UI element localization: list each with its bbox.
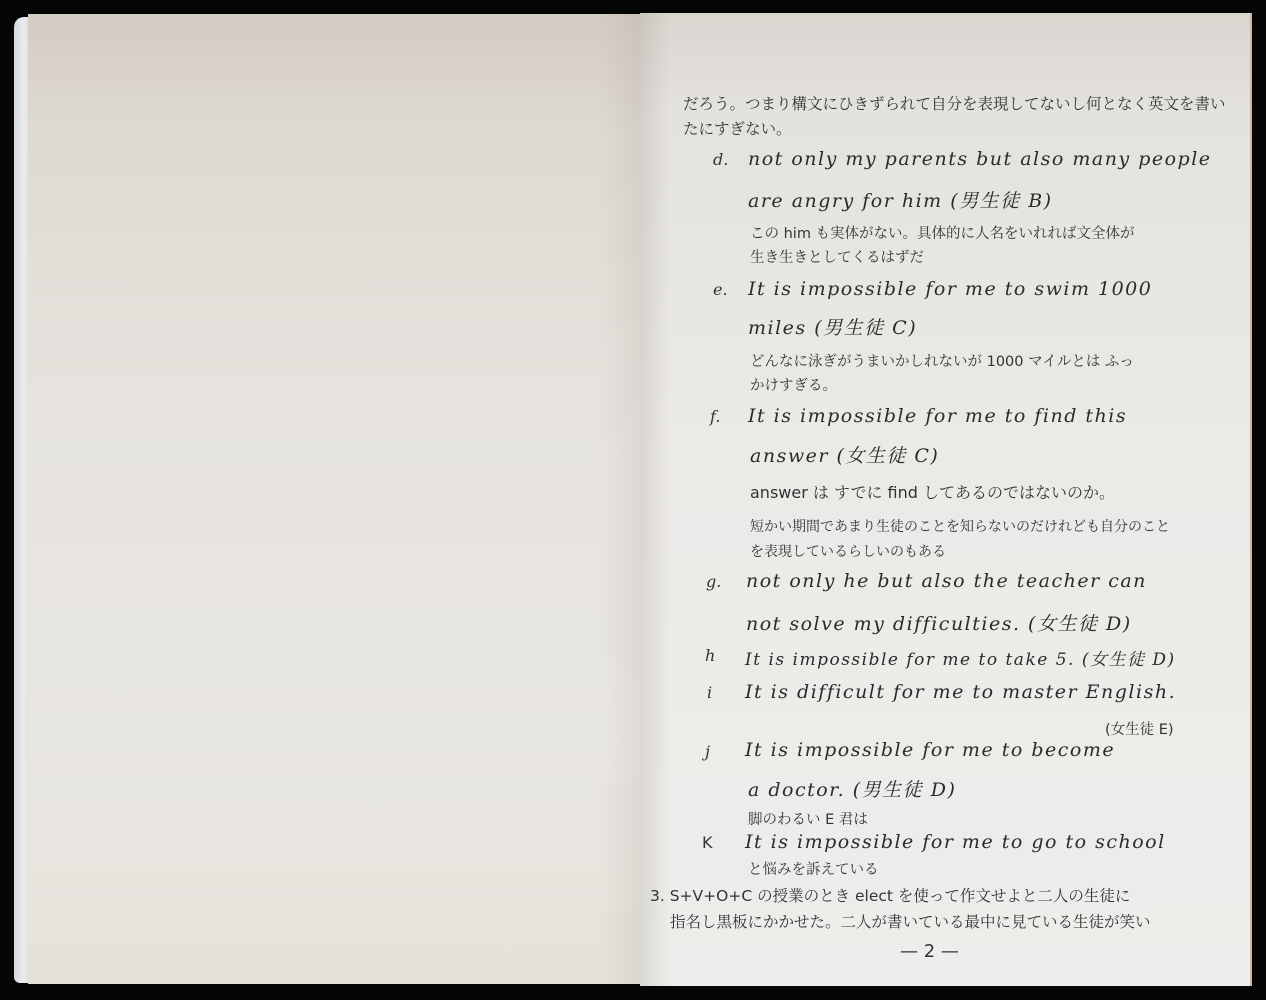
item-label-j: j bbox=[705, 742, 710, 761]
left-page-blank bbox=[28, 14, 641, 984]
item-e-note-1: どんなに泳ぎがうまいかしれないが 1000 マイルとは ふっ bbox=[750, 350, 1134, 371]
item-f-note-2: 短かい期間であまり生徒のことを知らないのだけれども自分のこと bbox=[750, 516, 1170, 536]
item-d-note-1: この him も実体がない。具体的に人名をいれれば文全体が bbox=[750, 222, 1135, 243]
item-i-line-1: It is difficult for me to master English… bbox=[745, 681, 1176, 703]
item-label-f: f. bbox=[710, 407, 720, 426]
item-e-note-2: かけすぎる。 bbox=[750, 374, 837, 395]
item-label-g: g. bbox=[706, 572, 721, 591]
show-through-text bbox=[138, 254, 638, 294]
item-label-i: i bbox=[707, 683, 712, 702]
intro-line-1: だろう。つまり構文にひきずられて自分を表現してないし何となく英文を書い bbox=[683, 92, 1226, 114]
item-f-note-1-text: answer は すでに find してあるのではないのか。 bbox=[750, 483, 1115, 502]
item-g-line-2: not solve my difficulties. (女生徒 D) bbox=[746, 609, 1132, 636]
item-f-line-2: answer (女生徒 C) bbox=[750, 441, 939, 468]
item-e-line-2: miles (男生徒 C) bbox=[748, 313, 917, 340]
item-f-note-1: answer は すでに find してあるのではないのか。 bbox=[750, 480, 1115, 503]
section-3-line-1: 3. S+V+O+C の授業のとき elect を使って作文せよと二人の生徒に bbox=[650, 884, 1130, 906]
item-j-line-2: a doctor. (男生徒 D) bbox=[748, 775, 956, 802]
intro-line-2: たにすぎない。 bbox=[683, 117, 792, 139]
item-d-note-2: 生き生きとしてくるはずだ bbox=[750, 246, 924, 267]
item-h-line-1: It is impossible for me to take 5. (女生徒 … bbox=[745, 645, 1176, 670]
item-label-h: h bbox=[705, 646, 715, 665]
item-label-k: K bbox=[702, 833, 713, 852]
item-g-line-1: not only he but also the teacher can bbox=[746, 570, 1147, 592]
page-number: — 2 — bbox=[900, 941, 959, 962]
item-k-note-1: と悩みを訴えている bbox=[748, 858, 879, 879]
item-f-note-3: を表現しているらしいのもある bbox=[750, 541, 946, 561]
item-j-note-1: 脚のわるい E 君は bbox=[748, 808, 868, 829]
section-3-line-2: 指名し黒板にかかせた。二人が書いている最中に見ている生徒が笑い bbox=[670, 910, 1151, 932]
item-label-d: d. bbox=[713, 150, 728, 169]
item-f-line-1: It is impossible for me to find this bbox=[748, 405, 1127, 427]
item-e-line-1: It is impossible for me to swim 1000 bbox=[748, 278, 1152, 300]
open-booklet: だろう。つまり構文にひきずられて自分を表現してないし何となく英文を書い たにすぎ… bbox=[0, 0, 1266, 1000]
item-k-line-1: It is impossible for me to go to school bbox=[745, 831, 1166, 853]
item-i-line-2: (女生徒 E) bbox=[1105, 718, 1174, 739]
item-d-line-2: are angry for him (男生徒 B) bbox=[748, 186, 1053, 213]
item-label-e: e. bbox=[713, 280, 728, 299]
item-j-line-1: It is impossible for me to become bbox=[745, 739, 1115, 761]
item-d-line-1: not only my parents but also many people bbox=[748, 148, 1212, 170]
